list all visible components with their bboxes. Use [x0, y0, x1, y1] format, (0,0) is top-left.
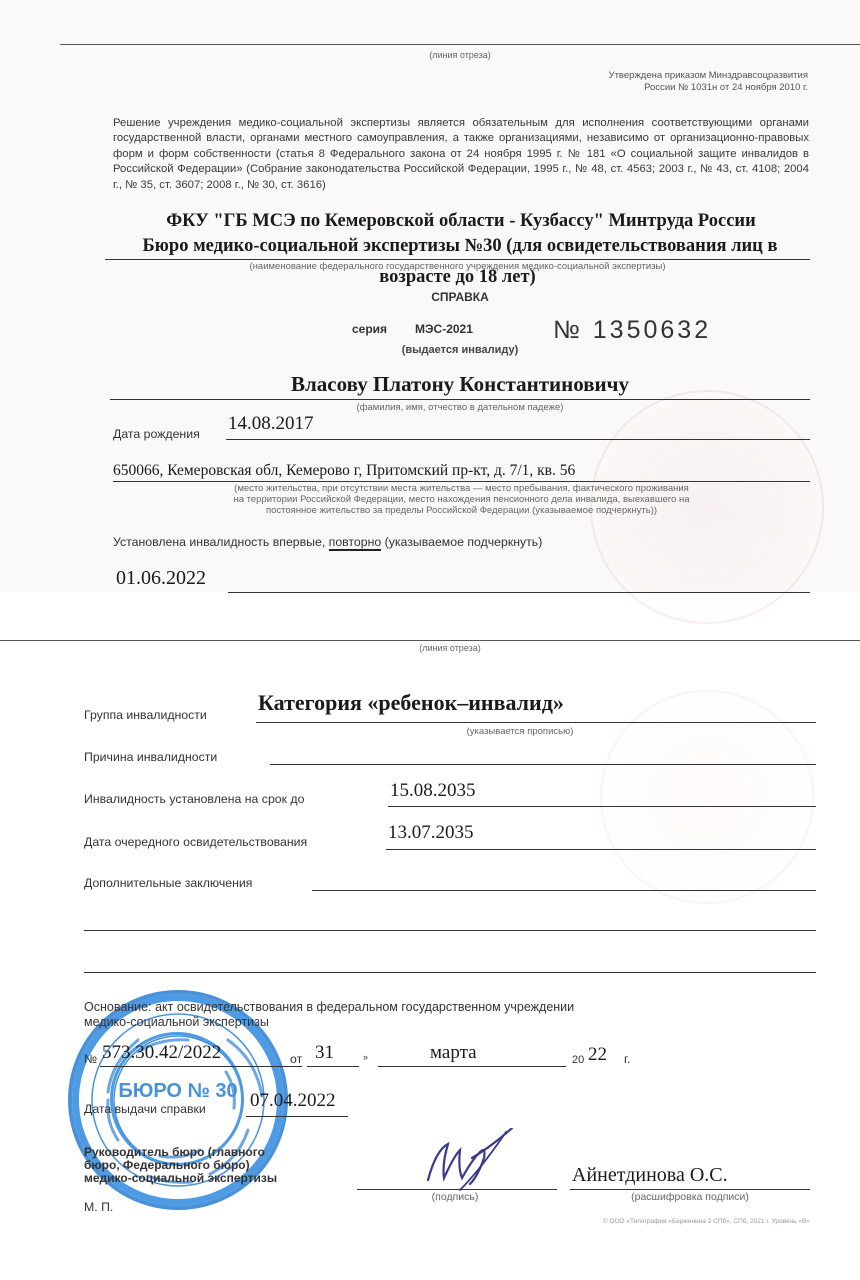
printer-imprint: © ООО «Типография «Бержинина 2 СПб», СПб… [560, 1218, 810, 1225]
basis-number-underline [100, 1066, 302, 1067]
established-selected-option: повторно [329, 535, 382, 551]
address-underline [113, 481, 810, 482]
signature-caption: (подпись) [400, 1192, 510, 1203]
signature-underline [357, 1189, 557, 1190]
head-name: Айнетдинова О.С. [572, 1164, 728, 1187]
address-value: 650066, Кемеровская обл, Кемерово г, При… [113, 462, 575, 480]
disability-cause-label: Причина инвалидности [84, 750, 217, 764]
additional-underline [312, 890, 816, 891]
disability-established: Установлена инвалидность впервые, повтор… [113, 535, 542, 549]
cut-line [60, 44, 860, 45]
address-caption-line: (место жительства, при отсутствии места … [113, 483, 810, 494]
certificate-number: № 1350632 [553, 316, 711, 345]
basis-number-prefix: № [84, 1052, 97, 1066]
recipient-underline [110, 399, 810, 400]
disability-group-label: Группа инвалидности [84, 708, 207, 722]
established-prefix: Установлена инвалидность впервые, [113, 535, 329, 549]
term-label: Инвалидность установлена на срок до [84, 792, 304, 806]
series-value: МЭС-2021 [415, 322, 473, 336]
document-title: СПРАВКА [380, 290, 540, 304]
disability-group-caption: (указывается прописью) [410, 726, 630, 737]
basis-year-unit: г. [624, 1052, 630, 1066]
institution-name-line1: ФКУ "ГБ МСЭ по Кемеровской области - Куз… [113, 210, 809, 232]
additional-label: Дополнительные заключения [84, 876, 252, 890]
term-underline [388, 806, 816, 807]
established-suffix: (указываемое подчеркнуть) [381, 535, 542, 549]
head-position-line: медико-социальной экспертизы [84, 1172, 277, 1185]
head-position: Руководитель бюро (главного бюро, Федера… [84, 1146, 277, 1185]
approval-line: России № 1031н от 24 ноября 2010 г. [480, 82, 808, 94]
seal-label: М. П. [84, 1200, 113, 1214]
recipient-name: Власову Платону Константиновичу [110, 372, 810, 397]
address-caption-line: на территории Российской Федерации, мест… [113, 494, 810, 505]
cut-line [0, 640, 860, 641]
series-label: серия [352, 322, 387, 336]
basis-line1: Основание: акт освидетельствования в фед… [84, 1000, 574, 1014]
address-caption-line: постоянное жительство за пределы Российс… [113, 505, 810, 516]
basis-month-underline [378, 1066, 566, 1067]
birth-date-underline [226, 439, 810, 440]
disability-group-value: Категория «ребенок–инвалид» [258, 690, 564, 716]
established-date-underline [228, 592, 810, 593]
basis-year-prefix: 20 [572, 1054, 584, 1066]
head-name-underline [570, 1189, 810, 1190]
disability-group-underline [256, 722, 816, 723]
basis-month: марта [430, 1042, 477, 1064]
next-exam-underline [386, 849, 816, 850]
quote-mark: » [363, 1052, 368, 1062]
signature-icon [420, 1128, 530, 1198]
birth-date-value: 14.08.2017 [228, 413, 314, 435]
term-value: 15.08.2035 [390, 780, 476, 802]
basis-year-suffix: 22 [588, 1044, 607, 1066]
basis-day: 31 [315, 1042, 334, 1064]
address-caption: (место жительства, при отсутствии места … [113, 483, 810, 516]
issue-date-label: Дата выдачи справки [84, 1102, 206, 1116]
disability-cause-underline [270, 764, 816, 765]
additional-underline [84, 972, 816, 973]
legal-notice: Решение учреждения медико-социальной экс… [113, 116, 809, 193]
additional-underline [84, 930, 816, 931]
next-exam-label: Дата очередного освидетельствования [84, 835, 307, 849]
cut-line-label: (линия отреза) [380, 50, 540, 60]
issue-date-value: 07.04.2022 [250, 1090, 336, 1112]
basis-line2: медико-социальной экспертизы [84, 1015, 269, 1029]
approval-note: Утверждена приказом Минздравсоцразвития … [480, 70, 808, 94]
head-name-caption: (расшифровка подписи) [600, 1192, 780, 1203]
institution-name-line2: Бюро медико-социальной экспертизы №30 (д… [105, 235, 815, 257]
approval-line: Утверждена приказом Минздравсоцразвития [480, 70, 808, 82]
issued-to-note: (выдается инвалиду) [380, 344, 540, 356]
institution-underline [105, 259, 810, 260]
recipient-caption: (фамилия, имя, отчество в дательном паде… [110, 402, 810, 413]
basis-day-underline [307, 1066, 359, 1067]
issue-date-underline [246, 1116, 348, 1117]
basis-act-number: 573.30.42/2022 [102, 1042, 221, 1064]
birth-date-label: Дата рождения [113, 427, 200, 441]
established-date: 01.06.2022 [116, 567, 206, 590]
basis-from-label: от [290, 1052, 302, 1066]
next-exam-value: 13.07.2035 [388, 822, 474, 844]
institution-name-line3: возрасте до 18 лет) [105, 266, 810, 288]
cut-line-label: (линия отреза) [370, 643, 530, 653]
